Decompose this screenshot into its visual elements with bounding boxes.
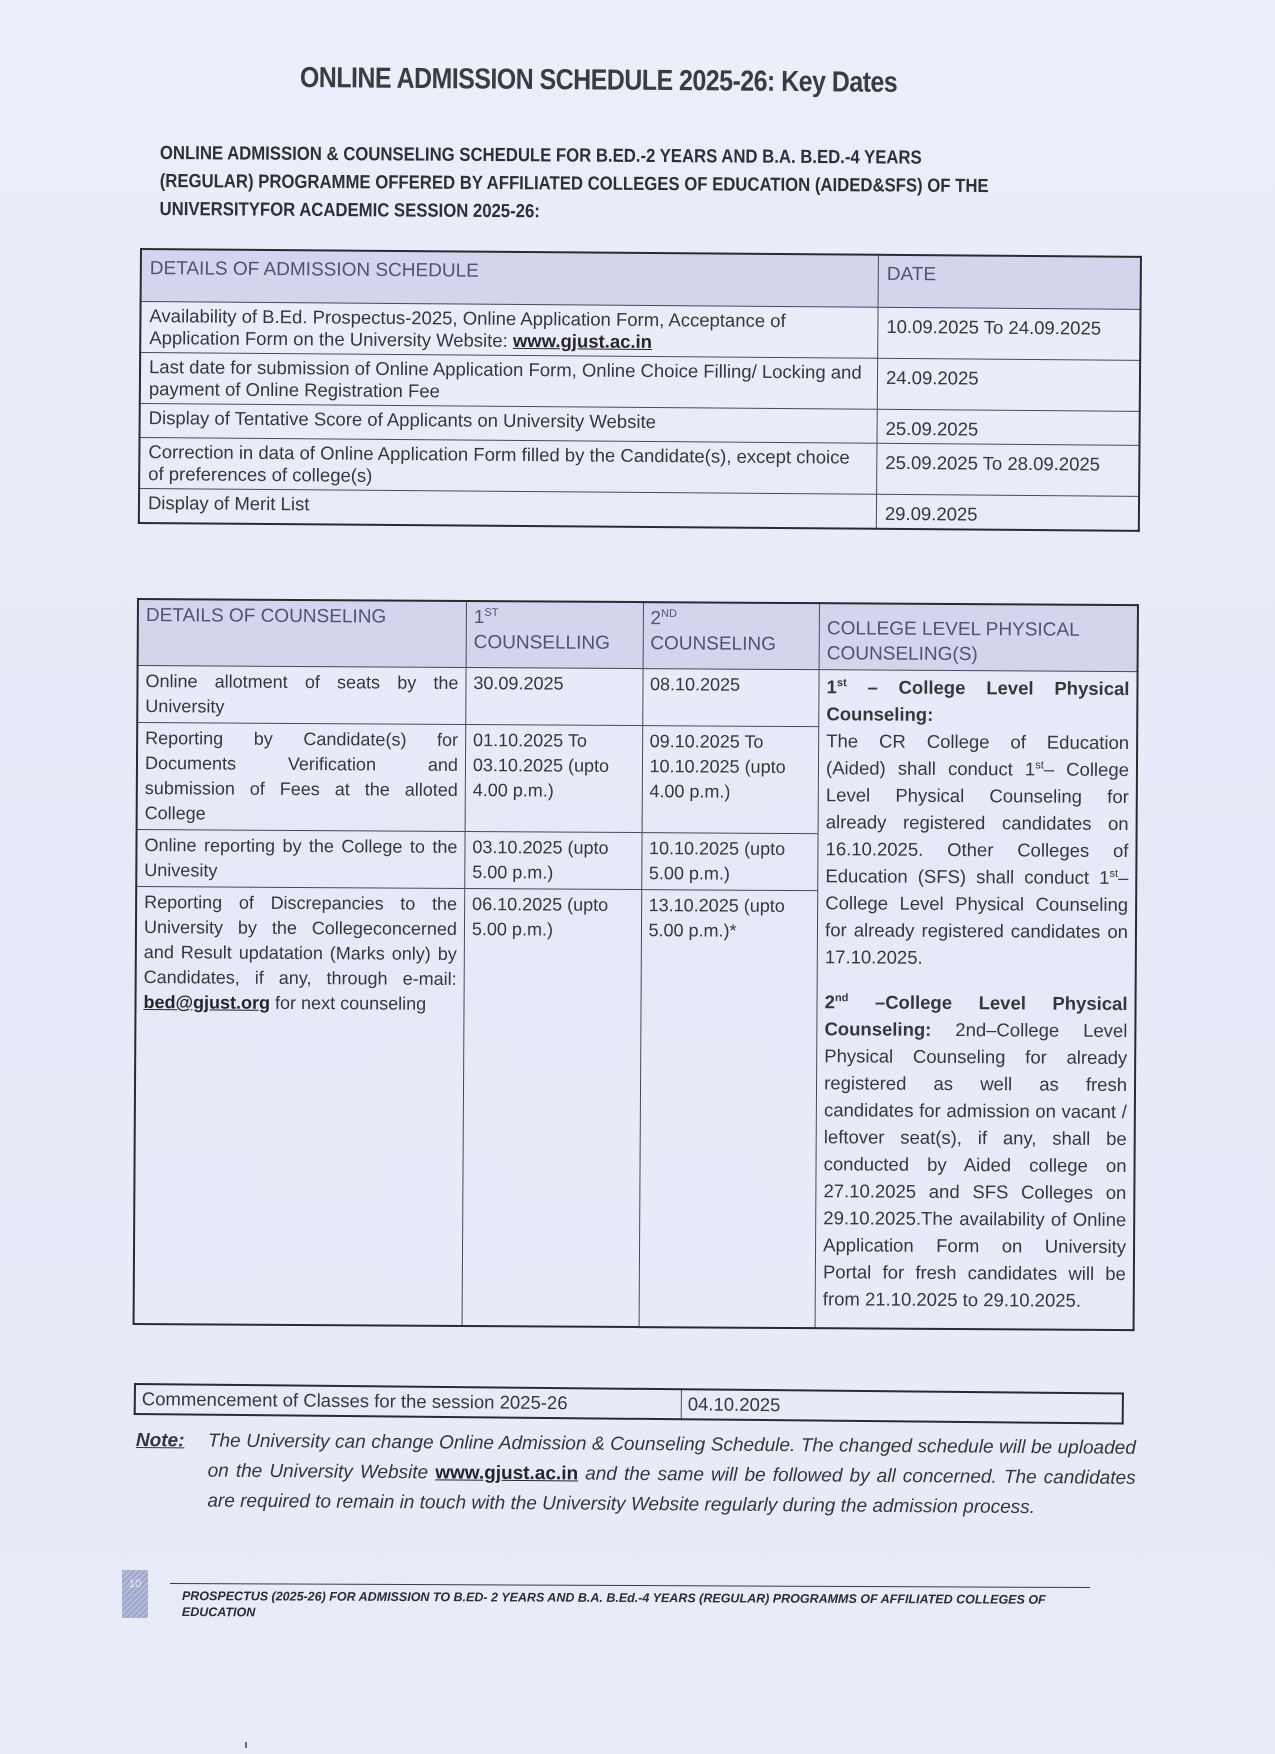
- first-college-level-body: The CR College of Education (Aided) shal…: [825, 730, 1129, 968]
- admission-detail-cell: Display of Merit List: [139, 489, 877, 529]
- table-row: Last date for submission of Online Appli…: [140, 353, 1140, 412]
- second-counseling-date: 08.10.2025: [642, 669, 819, 727]
- admission-detail-cell: Display of Tentative Score of Applicants…: [140, 404, 878, 444]
- first-counselling-date: 01.10.2025 To 03.10.2025 (upto 4.00 p.m.…: [465, 725, 642, 833]
- column-header-details: DETAILS OF ADMISSION SCHEDULE: [141, 249, 879, 307]
- second-counseling-date: 10.10.2025 (upto 5.00 p.m.): [641, 833, 818, 891]
- counseling-schedule-table: DETAILS OF COUNSELING 1ST COUNSELLING 2N…: [133, 598, 1139, 1331]
- table-header-row: DETAILS OF ADMISSION SCHEDULE DATE: [141, 249, 1141, 309]
- second-college-level-section: 2nd –College Level Physical Counseling: …: [823, 991, 1128, 1311]
- commencement-label: Commencement of Classes for the session …: [135, 1384, 682, 1419]
- note-label: Note:: [136, 1426, 185, 1456]
- table-row: Availability of B.Ed. Prospectus-2025, O…: [140, 302, 1140, 361]
- college-level-counseling-cell: 1st – College Level Physical Counseling:…: [815, 670, 1137, 1330]
- admission-detail-cell: Last date for submission of Online Appli…: [140, 353, 878, 410]
- commencement-date: 04.10.2025: [681, 1389, 1123, 1423]
- column-header-date: DATE: [878, 255, 1141, 310]
- footer-text: PROSPECTUS (2025-26) FOR ADMISSION TO B.…: [182, 1588, 1082, 1624]
- counseling-detail-cell: Online allotment of seats by the Univers…: [137, 666, 466, 725]
- second-counseling-date: 09.10.2025 To 10.10.2025 (upto 4.00 p.m.…: [642, 726, 819, 834]
- first-college-level-heading: 1st – College Level Physical Counseling:: [826, 676, 1129, 725]
- admission-detail-cell: Availability of B.Ed. Prospectus-2025, O…: [140, 302, 878, 359]
- first-counselling-date: 03.10.2025 (upto 5.00 p.m.): [465, 832, 642, 890]
- subtitle-line: UNIVERSITYFOR ACADEMIC SESSION 2025-26:: [159, 196, 1066, 230]
- admission-detail-cell: Correction in data of Online Application…: [139, 438, 877, 495]
- table-row: Online allotment of seats by the Univers…: [137, 666, 1137, 729]
- counseling-detail-cell: Reporting of Discrepancies to the Univer…: [134, 887, 465, 1326]
- admission-date-cell: 25.09.2025: [877, 409, 1140, 445]
- first-counselling-date: 30.09.2025: [466, 668, 643, 726]
- page-number-badge: 10: [122, 1570, 148, 1618]
- admission-schedule-table: DETAILS OF ADMISSION SCHEDULE DATE Avail…: [138, 248, 1142, 532]
- second-counseling-date: 13.10.2025 (upto 5.00 p.m.)*: [639, 890, 818, 1329]
- table-row: Correction in data of Online Application…: [139, 438, 1139, 497]
- note-block: Note: The University can change Online A…: [135, 1426, 1136, 1524]
- email-link[interactable]: bed@gjust.org: [143, 992, 270, 1013]
- schedule-subtitle: ONLINE ADMISSION & COUNSELING SCHEDULE F…: [159, 140, 1189, 230]
- table-row: Commencement of Classes for the session …: [135, 1384, 1123, 1423]
- admission-date-cell: 29.09.2025: [876, 494, 1139, 531]
- table-row: Display of Merit List 29.09.2025: [139, 489, 1139, 531]
- table-header-row: DETAILS OF COUNSELING 1ST COUNSELLING 2N…: [138, 599, 1138, 672]
- page-title: ONLINE ADMISSION SCHEDULE 2025-26: Key D…: [300, 62, 919, 100]
- footer-divider: [170, 1583, 1090, 1588]
- university-website-link[interactable]: www.gjust.ac.in: [513, 330, 652, 352]
- counseling-detail-cell: Online reporting by the College to the U…: [136, 830, 465, 889]
- admission-date-cell: 25.09.2025 To 28.09.2025: [877, 443, 1140, 496]
- counseling-detail-cell: Reporting by Candidate(s) for Documents …: [137, 723, 466, 832]
- note-text: The University can change Online Admissi…: [207, 1427, 1136, 1524]
- column-header-college-level: COLLEGE LEVEL PHYSICAL COUNSELING(S): [819, 603, 1138, 671]
- column-header-second-counseling: 2ND COUNSELING: [643, 602, 820, 670]
- scan-artifact: [245, 1742, 247, 1748]
- column-header-first-counselling: 1ST COUNSELLING: [466, 601, 643, 669]
- university-website-link[interactable]: www.gjust.ac.in: [435, 1462, 578, 1484]
- document-page: ONLINE ADMISSION SCHEDULE 2025-26: Key D…: [0, 0, 1275, 1754]
- commencement-row: Commencement of Classes for the session …: [134, 1383, 1124, 1425]
- first-counselling-date: 06.10.2025 (upto 5.00 p.m.): [462, 889, 641, 1328]
- admission-date-cell: 24.09.2025: [877, 358, 1140, 411]
- column-header-details: DETAILS OF COUNSELING: [138, 599, 467, 668]
- admission-date-cell: 10.09.2025 To 24.09.2025: [878, 307, 1141, 360]
